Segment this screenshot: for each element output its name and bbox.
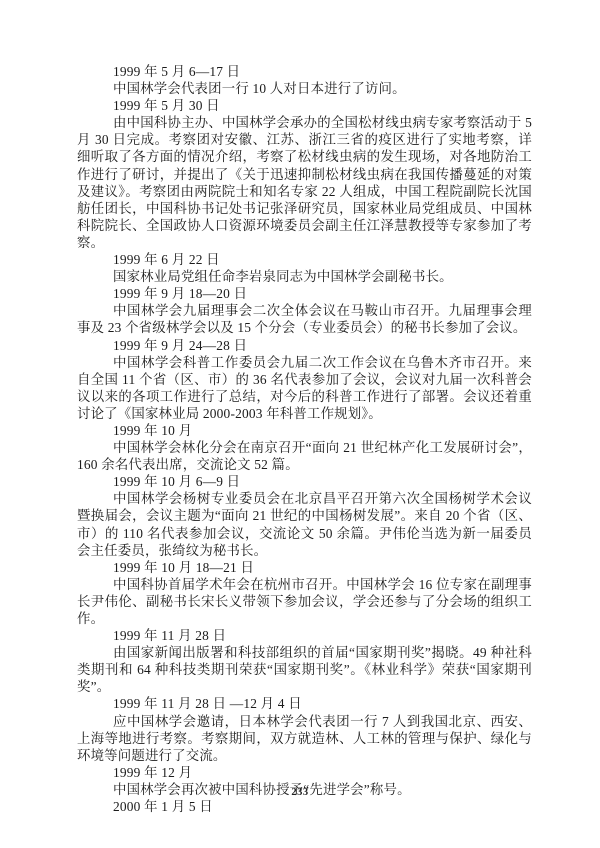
entry-date: 2000 年 1 月 5 日 <box>77 798 532 815</box>
chronicle-entry: 1999 年 5 月 6—17 日 中国林学会代表团一行 10 人对日本进行了访… <box>77 63 532 97</box>
entry-body: 中国林学会林化分会在南京召开“面向 21 世纪林产化工发展研讨会”，160 余名… <box>77 439 532 473</box>
entry-date: 1999 年 11 月 28 日 <box>77 627 532 644</box>
entry-body: 中国科协首届学术年会在杭州市召开。中国林学会 16 位专家在副理事长尹伟伦、副秘… <box>77 576 532 627</box>
entry-body: 中国林学会九届理事会二次全体会议在马鞍山市召开。九届理事会理事及 23 个省级林… <box>77 302 532 336</box>
entry-date: 1999 年 9 月 24—28 日 <box>77 337 532 354</box>
entry-date: 1999 年 10 月 18—21 日 <box>77 559 532 576</box>
chronicle-entry: 2000 年 1 月 5 日 <box>77 798 532 815</box>
entry-date: 1999 年 6 月 22 日 <box>77 251 532 268</box>
entry-date: 1999 年 11 月 28 日 —12 月 4 日 <box>77 695 532 712</box>
entry-body: 中国林学会杨树专业委员会在北京昌平召开第六次全国杨树学术会议暨换届会，会议主题为… <box>77 490 532 558</box>
page-number: 233 <box>291 787 308 798</box>
entry-date: 1999 年 10 月 6—9 日 <box>77 473 532 490</box>
page-footer: 233 <box>0 782 600 800</box>
entry-date: 1999 年 5 月 30 日 <box>77 97 532 114</box>
chronicle-entry: 1999 年 9 月 18—20 日 中国林学会九届理事会二次全体会议在马鞍山市… <box>77 285 532 336</box>
entry-date: 1999 年 12 月 <box>77 764 532 781</box>
chronicle-entry: 1999 年 10 月 18—21 日 中国科协首届学术年会在杭州市召开。中国林… <box>77 559 532 627</box>
chronicle-entry: 1999 年 10 月 中国林学会林化分会在南京召开“面向 21 世纪林产化工发… <box>77 422 532 473</box>
entry-body: 由中国科协主办、中国林学会承办的全国松材线虫病专家考察活动于 5 月 30 日完… <box>77 114 532 251</box>
entry-date: 1999 年 5 月 6—17 日 <box>77 63 532 80</box>
chronicle-entry: 1999 年 6 月 22 日 国家林业局党组任命李岩泉同志为中国林学会副秘书长… <box>77 251 532 285</box>
entry-body: 应中国林学会邀请，日本林学会代表团一行 7 人到我国北京、西安、上海等地进行考察… <box>77 713 532 764</box>
entry-body: 国家林业局党组任命李岩泉同志为中国林学会副秘书长。 <box>77 268 532 285</box>
chronicle-entry: 1999 年 10 月 6—9 日 中国林学会杨树专业委员会在北京昌平召开第六次… <box>77 473 532 558</box>
chronicle-entry: 1999 年 9 月 24—28 日 中国林学会科普工作委员会九届二次工作会议在… <box>77 337 532 422</box>
chronicle-text-block: 1999 年 5 月 6—17 日 中国林学会代表团一行 10 人对日本进行了访… <box>77 63 532 815</box>
entry-date: 1999 年 9 月 18—20 日 <box>77 285 532 302</box>
chronicle-entry: 1999 年 5 月 30 日 由中国科协主办、中国林学会承办的全国松材线虫病专… <box>77 97 532 251</box>
chronicle-entry: 1999 年 11 月 28 日 由国家新闻出版署和科技部组织的首届“国家期刊奖… <box>77 627 532 695</box>
entry-body: 中国林学会代表团一行 10 人对日本进行了访问。 <box>77 80 532 97</box>
entry-body: 由国家新闻出版署和科技部组织的首届“国家期刊奖”揭晓。49 种社科类期刊和 64… <box>77 644 532 695</box>
entry-body: 中国林学会科普工作委员会九届二次工作会议在乌鲁木齐市召开。来自全国 11 个省（… <box>77 354 532 422</box>
document-page: 1999 年 5 月 6—17 日 中国林学会代表团一行 10 人对日本进行了访… <box>0 0 600 848</box>
entry-date: 1999 年 10 月 <box>77 422 532 439</box>
chronicle-entry: 1999 年 11 月 28 日 —12 月 4 日 应中国林学会邀请，日本林学… <box>77 695 532 763</box>
